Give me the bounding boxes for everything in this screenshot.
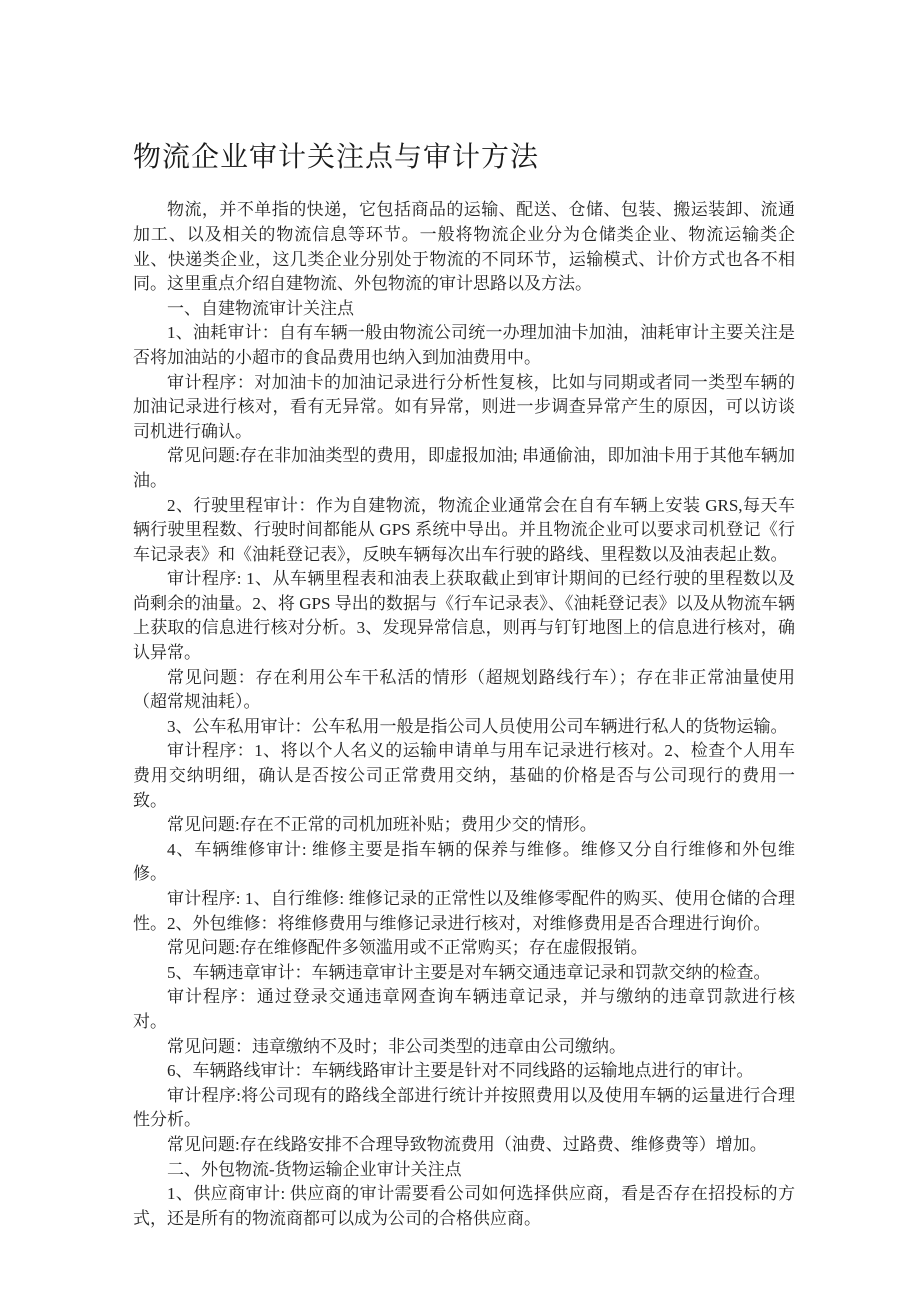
paragraph-intro: 物流，并不单指的快递，它包括商品的运输、配送、仓储、包装、搬运装卸、流通加工、以…: [133, 198, 795, 296]
paragraph-fuel-audit: 1、油耗审计：自有车辆一般由物流公司统一办理加油卡加油，油耗审计主要关注是否将加…: [133, 321, 795, 370]
paragraph-violation-audit-issues: 常见问题：违章缴纳不及时；非公司类型的违章由公司缴纳。: [133, 1035, 795, 1060]
section-heading-1: 一、自建物流审计关注点: [133, 297, 795, 322]
paragraph-private-use-audit: 3、公车私用审计：公车私用一般是指公司人员使用公司车辆进行私人的货物运输。: [133, 715, 795, 740]
paragraph-violation-audit: 5、车辆违章审计：车辆违章审计主要是对车辆交通违章记录和罚款交纳的检查。: [133, 961, 795, 986]
paragraph-route-audit-procedure: 审计程序:将公司现有的路线全部进行统计并按照费用以及使用车辆的运量进行合理性分析…: [133, 1084, 795, 1133]
document-body: 物流，并不单指的快递，它包括商品的运输、配送、仓储、包装、搬运装卸、流通加工、以…: [133, 198, 795, 1231]
paragraph-maintenance-audit: 4、车辆维修审计: 维修主要是指车辆的保养与维修。维修又分自行维修和外包维修。: [133, 838, 795, 887]
paragraph-violation-audit-procedure: 审计程序：通过登录交通违章网查询车辆违章记录，并与缴纳的违章罚款进行核对。: [133, 985, 795, 1034]
paragraph-route-audit: 6、车辆路线审计：车辆线路审计主要是针对不同线路的运输地点进行的审计。: [133, 1059, 795, 1084]
paragraph-fuel-audit-issues: 常见问题:存在非加油类型的费用，即虚报加油; 串通偷油，即加油卡用于其他车辆加油…: [133, 444, 795, 493]
paragraph-mileage-audit-procedure: 审计程序: 1、从车辆里程表和油表上获取截止到审计期间的已经行驶的里程数以及尚剩…: [133, 567, 795, 665]
document-page: 物流企业审计关注点与审计方法 物流，并不单指的快递，它包括商品的运输、配送、仓储…: [0, 0, 920, 1301]
paragraph-mileage-audit: 2、行驶里程审计：作为自建物流，物流企业通常会在自有车辆上安装 GRS,每天车辆…: [133, 494, 795, 568]
paragraph-private-use-audit-procedure: 审计程序：1、将以个人名义的运输申请单与用车记录进行核对。2、检查个人用车费用交…: [133, 739, 795, 813]
paragraph-fuel-audit-procedure: 审计程序：对加油卡的加油记录进行分析性复核，比如与同期或者同一类型车辆的加油记录…: [133, 371, 795, 445]
paragraph-route-audit-issues: 常见问题:存在线路安排不合理导致物流费用（油费、过路费、维修费等）增加。: [133, 1133, 795, 1158]
paragraph-private-use-audit-issues: 常见问题:存在不正常的司机加班补贴；费用少交的情形。: [133, 813, 795, 838]
paragraph-maintenance-audit-procedure: 审计程序: 1、自行维修: 维修记录的正常性以及维修零配件的购买、使用仓储的合理…: [133, 887, 795, 936]
paragraph-mileage-audit-issues: 常见问题：存在利用公车干私活的情形（超规划路线行车）；存在非正常油量使用（超常规…: [133, 666, 795, 715]
paragraph-maintenance-audit-issues: 常见问题:存在维修配件多领滥用或不正常购买；存在虚假报销。: [133, 936, 795, 961]
paragraph-supplier-audit: 1、供应商审计: 供应商的审计需要看公司如何选择供应商，看是否存在招投标的方式，…: [133, 1182, 795, 1231]
section-heading-2: 二、外包物流-货物运输企业审计关注点: [133, 1158, 795, 1183]
document-title: 物流企业审计关注点与审计方法: [133, 140, 795, 176]
